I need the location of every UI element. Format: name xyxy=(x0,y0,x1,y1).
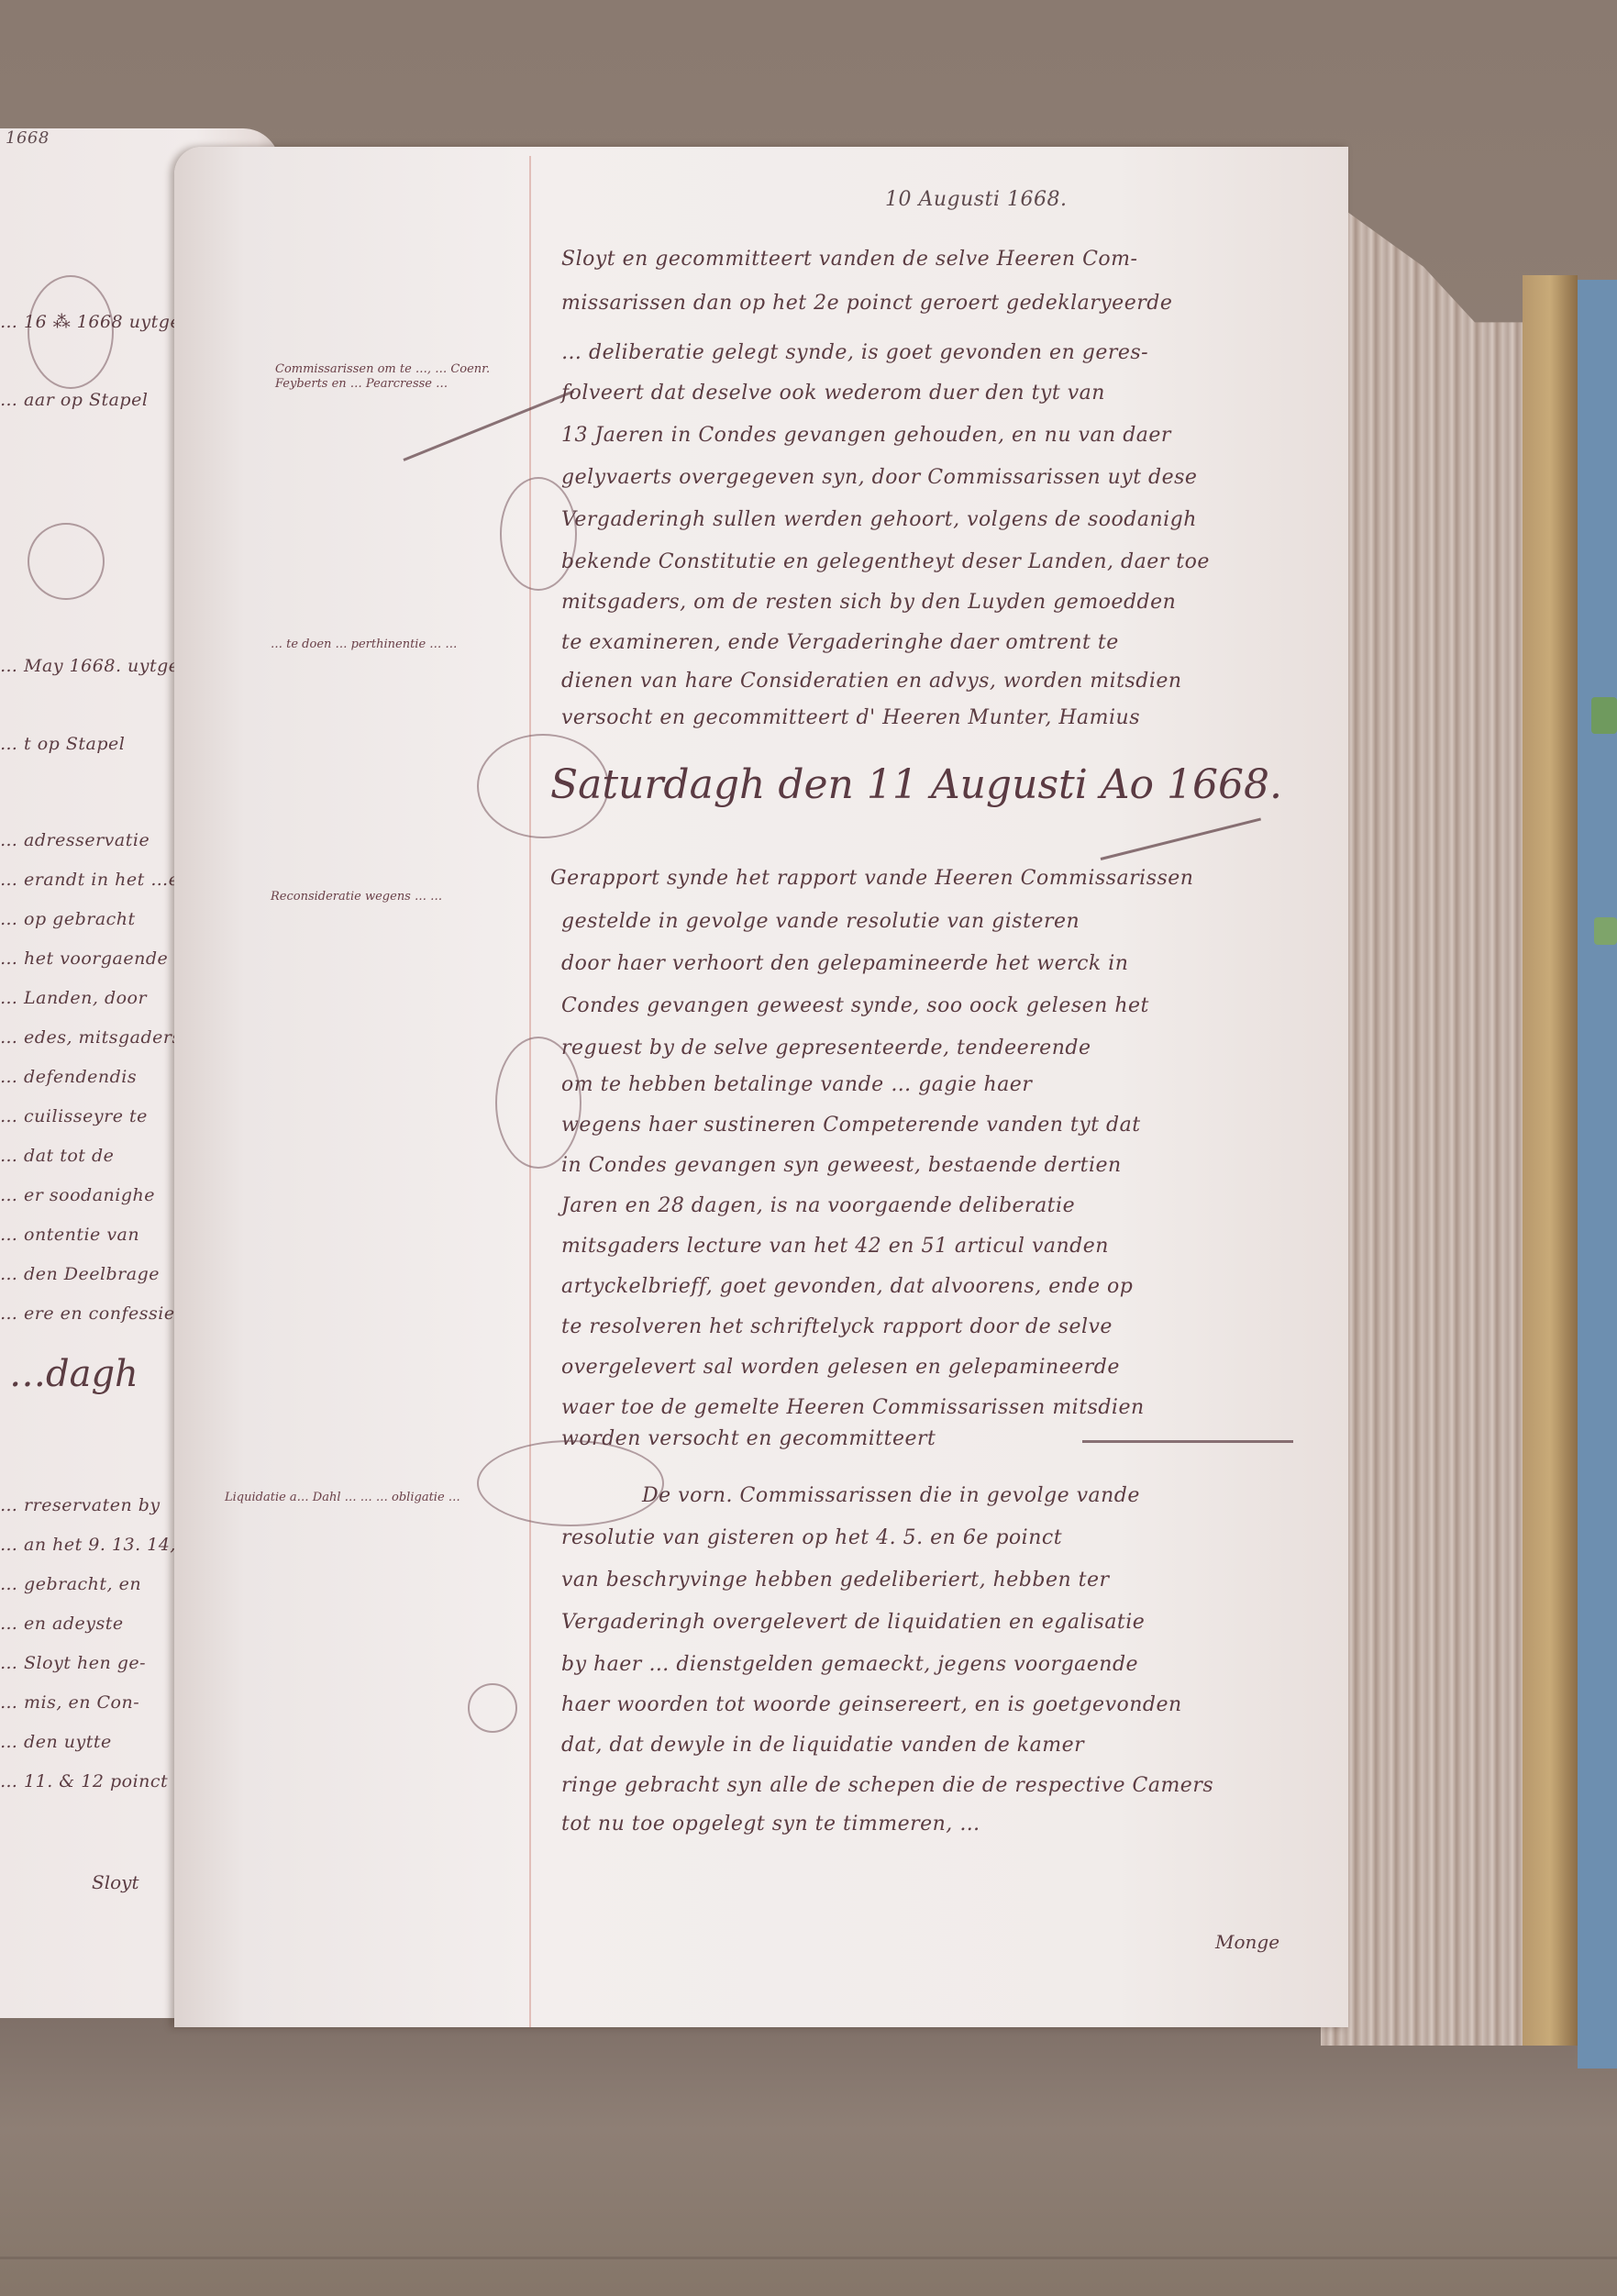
body-line: Sloyt en gecommitteert vanden de selve H… xyxy=(561,248,1137,271)
body-line: haer woorden tot woorde geinsereert, en … xyxy=(561,1693,1182,1716)
body-line: te examineren, ende Vergaderinghe daer o… xyxy=(561,631,1119,654)
body-line: te resolveren het schriftelyck rapport d… xyxy=(561,1315,1113,1338)
flourish-ornament xyxy=(468,1683,517,1733)
left-running-header: 1668 xyxy=(6,128,50,148)
body-line: Jaren en 28 dagen, is na voorgaende deli… xyxy=(561,1194,1075,1217)
cardboard-lower-surface xyxy=(0,2018,1617,2296)
left-line: … op gebracht xyxy=(0,909,136,929)
body-line: overgelevert sal worden gelesen en gelep… xyxy=(561,1356,1120,1379)
margin-note: Commissarissen om te …, … Coenr. Feybert… xyxy=(275,362,532,392)
left-line: … ontentie van xyxy=(0,1225,139,1245)
margin-note: Liquidatie a… Dahl … … … obligatie … xyxy=(225,1491,518,1505)
margin-note: Reconsideratie wegens … … xyxy=(271,890,527,904)
left-line: … den uytte xyxy=(0,1732,112,1752)
day-heading: Saturdagh den 11 Augusti Ao 1668. xyxy=(550,761,1282,808)
cardboard-fold xyxy=(0,2257,1617,2259)
body-line: tot nu toe opgelegt syn te timmeren, … xyxy=(561,1813,980,1836)
left-line: … en adeyste xyxy=(0,1614,124,1634)
flourish-ornament xyxy=(28,275,114,389)
left-line: … Sloyt hen ge- xyxy=(0,1653,146,1673)
left-line: … aar op Stapel xyxy=(0,390,148,410)
body-line: Vergaderingh overgelevert de liquidatien… xyxy=(561,1611,1145,1634)
left-day-heading: …dagh xyxy=(9,1353,138,1395)
left-catchword: Sloyt xyxy=(92,1871,138,1893)
green-ribbon-marker xyxy=(1591,697,1617,734)
left-line: … edes, mitsgaders xyxy=(0,1027,182,1048)
left-line: … dat tot de xyxy=(0,1146,114,1166)
body-line: folveert dat deselve ook wederom duer de… xyxy=(561,382,1105,405)
body-line: van beschryvinge hebben gedeliberiert, h… xyxy=(561,1569,1110,1592)
body-line: versocht en gecommitteert d' Heeren Munt… xyxy=(561,706,1140,729)
left-line: … adresservatie xyxy=(0,830,150,850)
body-line: gestelde in gevolge vande resolutie van … xyxy=(561,910,1080,933)
flourish-ornament xyxy=(477,1440,664,1526)
line-filler-stroke xyxy=(1082,1440,1293,1443)
body-line: missarissen dan op het 2e poinct geroert… xyxy=(561,292,1172,315)
flourish-ornament xyxy=(28,523,105,600)
left-line: … mis, en Con- xyxy=(0,1692,139,1713)
body-line: mitsgaders, om de resten sich by den Luy… xyxy=(561,591,1176,614)
body-line: reguest by de selve gepresenteerde, tend… xyxy=(561,1037,1091,1059)
body-line: om te hebben betalinge vande … gagie hae… xyxy=(561,1073,1032,1096)
body-line: worden versocht en gecommitteert xyxy=(561,1427,936,1450)
blue-board-edge xyxy=(1578,280,1617,2069)
left-line: … cuilisseyre te xyxy=(0,1106,148,1126)
body-line: door haer verhoort den gelepamineerde he… xyxy=(561,952,1128,975)
catchword: Monge xyxy=(1215,1931,1279,1953)
body-line: artyckelbrieff, goet gevonden, dat alvoo… xyxy=(561,1275,1133,1298)
body-line: Condes gevangen geweest synde, soo oock … xyxy=(561,994,1149,1017)
right-running-header: 10 Augusti 1668. xyxy=(885,188,1067,211)
body-line: wegens haer sustineren Competerende vand… xyxy=(561,1114,1141,1137)
body-line: De vorn. Commissarissen die in gevolge v… xyxy=(642,1484,1140,1507)
left-line: … erandt in het …e xyxy=(0,870,180,890)
body-line: by haer … dienstgelden gemaeckt, jegens … xyxy=(561,1653,1138,1676)
left-line: … den Deelbrage xyxy=(0,1264,160,1284)
left-line: … rreservaten by xyxy=(0,1495,161,1515)
left-line: … gebracht, en xyxy=(0,1574,141,1594)
body-line: bekende Constitutie en gelegentheyt dese… xyxy=(561,550,1210,573)
flourish-ornament xyxy=(500,477,577,591)
body-line: mitsgaders lecture van het 42 en 51 arti… xyxy=(561,1235,1109,1258)
body-line: Vergaderingh sullen werden gehoort, volg… xyxy=(561,508,1197,531)
body-line: resolutie van gisteren op het 4. 5. en 6… xyxy=(561,1526,1062,1549)
body-line: ringe gebracht syn alle de schepen die d… xyxy=(561,1774,1213,1797)
binding-edge xyxy=(1523,275,1578,2046)
body-line: gelyvaerts overgegeven syn, door Commiss… xyxy=(561,466,1197,489)
body-line: waer toe de gemelte Heeren Commissarisse… xyxy=(561,1396,1145,1419)
left-line: … ere en confessie xyxy=(0,1303,175,1324)
left-line: … t op Stapel xyxy=(0,734,125,754)
left-line: … defendendis xyxy=(0,1067,137,1087)
left-line: … 11. & 12 poinct xyxy=(0,1771,168,1791)
body-line: … deliberatie gelegt synde, is goet gevo… xyxy=(561,341,1148,364)
margin-note: … te doen … perthinentie … … xyxy=(271,638,527,652)
body-line: in Condes gevangen syn geweest, bestaend… xyxy=(561,1154,1122,1177)
body-line: dat, dat dewyle in de liquidatie vanden … xyxy=(561,1734,1084,1757)
body-line: dienen van hare Consideratien en advys, … xyxy=(561,670,1182,693)
body-line: 13 Jaeren in Condes gevangen gehouden, e… xyxy=(561,424,1171,447)
left-line: … er soodanighe xyxy=(0,1185,155,1205)
left-line: … Landen, door xyxy=(0,988,147,1008)
left-line: … het voorgaende xyxy=(0,948,168,969)
left-line: … an het 9. 13. 14, xyxy=(0,1535,176,1555)
green-ribbon-marker-lower xyxy=(1594,917,1617,945)
body-line: Gerapport synde het rapport vande Heeren… xyxy=(550,867,1193,890)
